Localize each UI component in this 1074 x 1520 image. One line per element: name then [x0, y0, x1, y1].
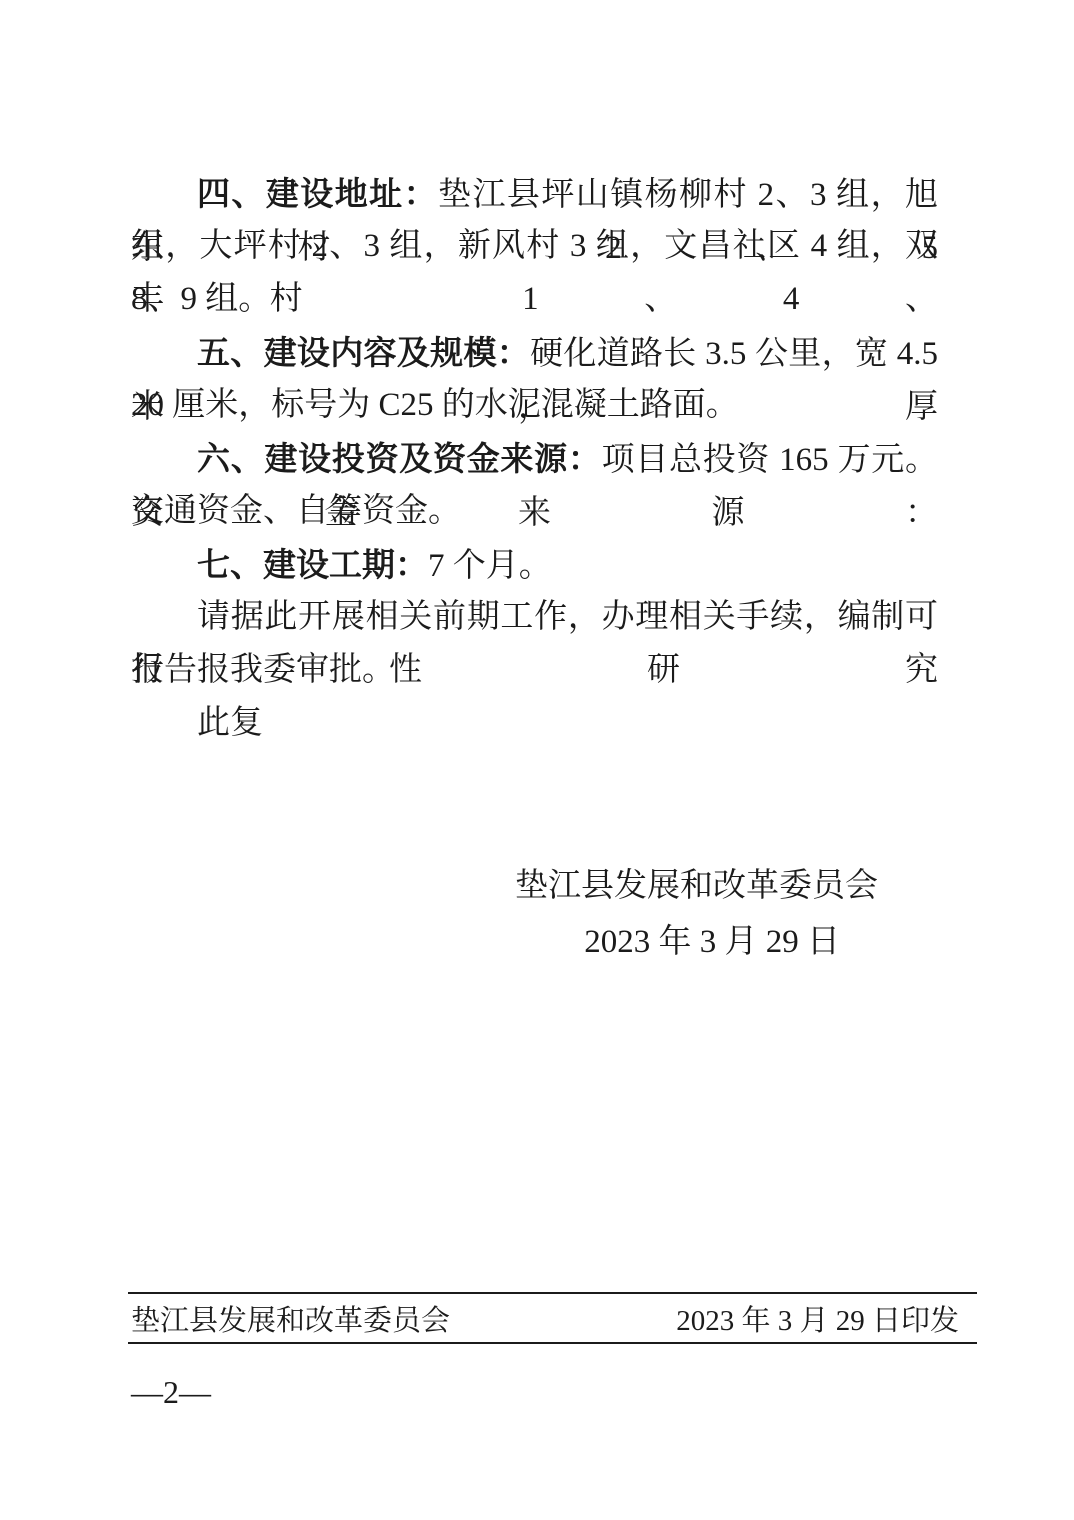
signature-block: 垫江县发展和改革委员会 2023 年 3 月 29 日: [131, 858, 938, 969]
body-line: 五、建设内容及规模：硬化道路长 3.5 公里，宽 4.5 米，厚: [131, 326, 938, 379]
document-page: 四、建设地址：垫江县坪山镇杨柳村 2、3 组，旭东村 2、5 组，大坪村 2、3…: [0, 0, 1074, 1520]
section-heading: 七、建设工期：: [197, 546, 428, 583]
body-line: 请据此开展相关前期工作，办理相关手续，编制可行性研究: [131, 591, 938, 644]
colophon-row: 垫江县发展和改革委员会 2023 年 3 月 29 日印发: [128, 1294, 977, 1342]
body-line: 七、建设工期：7 个月。: [131, 538, 938, 591]
line-text: 20 厘米，标号为 C25 的水泥混凝土路面。: [131, 387, 739, 423]
colophon-bottom-rule: [128, 1342, 977, 1344]
body-line: 组，大坪村 2、3 组，新风村 3 组，文昌社区 4 组，双丰村 1、4、: [131, 220, 938, 273]
signature-date: 2023 年 3 月 29 日: [131, 915, 938, 969]
section-heading: 五、建设内容及规模：: [197, 334, 530, 371]
line-text: 7 个月。: [428, 548, 552, 584]
colophon: 垫江县发展和改革委员会 2023 年 3 月 29 日印发: [128, 1292, 977, 1344]
body-line: 六、建设投资及资金来源：项目总投资 165 万元。资金来源：: [131, 432, 938, 485]
document-body: 四、建设地址：垫江县坪山镇杨柳村 2、3 组，旭东村 2、5 组，大坪村 2、3…: [131, 167, 938, 750]
body-line: 此复: [131, 697, 938, 750]
line-text: 8、9 组。: [131, 281, 271, 317]
body-line: 四、建设地址：垫江县坪山镇杨柳村 2、3 组，旭东村 2、5: [131, 167, 938, 220]
signature-org: 垫江县发展和改革委员会: [131, 858, 938, 915]
page-number: —2—: [131, 1372, 211, 1412]
line-text: 交通资金、自筹资金。: [131, 493, 461, 529]
section-heading: 四、建设地址：: [197, 175, 438, 212]
colophon-issuer: 垫江县发展和改革委员会: [128, 1298, 450, 1339]
colophon-print-date: 2023 年 3 月 29 日印发: [676, 1298, 977, 1339]
line-text: 报告报我委审批。: [131, 652, 395, 688]
line-text: 此复: [197, 705, 263, 741]
section-heading: 六、建设投资及资金来源：: [197, 440, 602, 477]
